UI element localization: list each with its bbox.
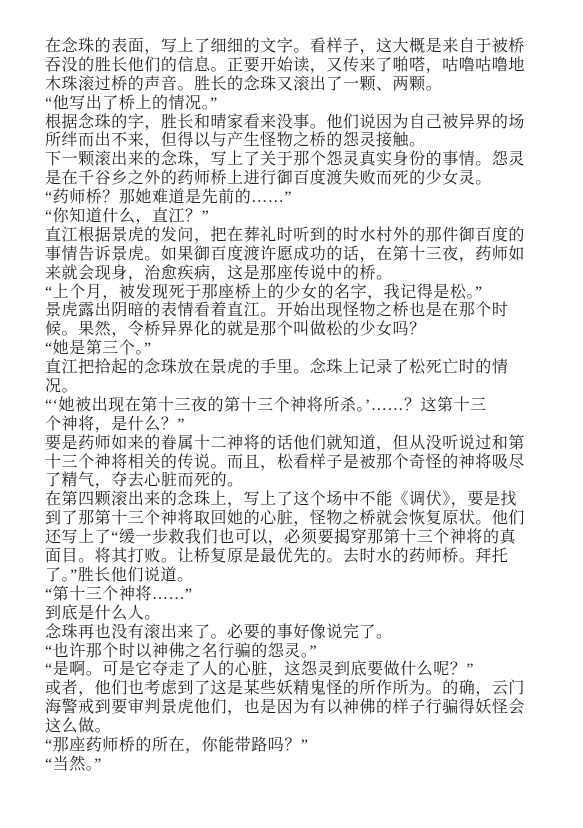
text-line: “第十三个神将……” bbox=[45, 586, 545, 605]
page-text: 在念珠的表面，写上了细细的文字。看样子，这大概是来自于被桥 吞没的胜长他们的信息… bbox=[45, 38, 545, 775]
text-line: 海警戒到要审判景虎他们，也是因为有以神佛的样子行骗得妖怪会 bbox=[45, 699, 545, 718]
text-line: “是啊。可是它夺走了人的心脏，这怨灵到底要做什么呢？” bbox=[45, 661, 545, 680]
text-line: 直江根据景虎的发问，把在葬礼时听到的时水村外的那件御百度的 bbox=[45, 227, 545, 246]
text-line: 木珠滚过桥的声音。胜长的念珠又滚出了一颗、两颗。 bbox=[45, 76, 545, 95]
document-page: 在念珠的表面，写上了细细的文字。看样子，这大概是来自于被桥 吞没的胜长他们的信息… bbox=[0, 0, 583, 828]
text-line: 景虎露出阴暗的表情看着直江。开始出现怪物之桥也是在那个时 bbox=[45, 302, 545, 321]
text-line: 到了那第十三个神将取回她的心脏，怪物之桥就会恢复原状。他们 bbox=[45, 510, 545, 529]
text-line: “她是第三个。” bbox=[45, 340, 545, 359]
text-line: “那座药师桥的所在，你能带路吗？” bbox=[45, 737, 545, 756]
text-line: 了。”胜长他们说道。 bbox=[45, 567, 545, 586]
text-line: “上个月，被发现死于那座桥上的少女的名字，我记得是松。” bbox=[45, 284, 545, 303]
text-line: “当然。” bbox=[45, 756, 545, 775]
text-line: 还写上了“缓一步救我们也可以，必须要揭穿那第十三个神将的真 bbox=[45, 529, 545, 548]
text-line: 要是药师如来的眷属十二神将的话他们就知道，但从没听说过和第 bbox=[45, 435, 545, 454]
text-line: “他写出了桥上的情况。” bbox=[45, 95, 545, 114]
text-line: 在念珠的表面，写上了细细的文字。看样子，这大概是来自于被桥 bbox=[45, 38, 545, 57]
text-line: 十三个神将相关的传说。而且，松看样子是被那个奇怪的神将吸尽 bbox=[45, 454, 545, 473]
text-line: “药师桥？那她难道是先前的……” bbox=[45, 189, 545, 208]
text-line: 面目。将其打败。让桥复原是最优先的。去时水的药师桥。拜托 bbox=[45, 548, 545, 567]
text-line: 候。果然，令桥异界化的就是那个叫做松的少女吗？ bbox=[45, 321, 545, 340]
text-line: 下一颗滚出来的念珠，写上了关于那个怨灵真实身份的事情。怨灵 bbox=[45, 151, 545, 170]
text-line: 来就会现身，治愈疾病，这是那座传说中的桥。 bbox=[45, 265, 545, 284]
text-line: 念珠再也没有滚出来了。必要的事好像说完了。 bbox=[45, 624, 545, 643]
text-line: 到底是什么人。 bbox=[45, 605, 545, 624]
text-line: “你知道什么，直江？” bbox=[45, 208, 545, 227]
text-line: 了精气，夺去心脏而死的。 bbox=[45, 472, 545, 491]
text-line: 根据念珠的字，胜长和晴家看来没事。他们说因为自己被异界的场 bbox=[45, 114, 545, 133]
text-line: “‘她被出现在第十三夜的第十三个神将所杀。’……？这第十三 bbox=[45, 397, 545, 416]
text-line: “也许那个时以神佛之名行骗的怨灵。” bbox=[45, 643, 545, 662]
text-line: 或者，他们也考虑到了这是某些妖精鬼怪的所作所为。的确，云门 bbox=[45, 680, 545, 699]
text-line: 况。 bbox=[45, 378, 545, 397]
text-line: 直江把拾起的念珠放在景虎的手里。念珠上记录了松死亡时的情 bbox=[45, 359, 545, 378]
text-line: 事情告诉景虎。如果御百度渡许愿成功的话，在第十三夜，药师如 bbox=[45, 246, 545, 265]
text-line: 所绊而出不来，但得以与产生怪物之桥的怨灵接触。 bbox=[45, 132, 545, 151]
text-line: 在第四颗滚出来的念珠上，写上了这个场中不能《调伏》，要是找 bbox=[45, 491, 545, 510]
text-line: 个神将，是什么？” bbox=[45, 416, 545, 435]
text-line: 吞没的胜长他们的信息。正要开始读，又传来了啪嗒，咕噜咕噜地 bbox=[45, 57, 545, 76]
text-line: 是在千谷乡之外的药师桥上进行御百度渡失败而死的少女灵。 bbox=[45, 170, 545, 189]
text-line: 这么做。 bbox=[45, 718, 545, 737]
